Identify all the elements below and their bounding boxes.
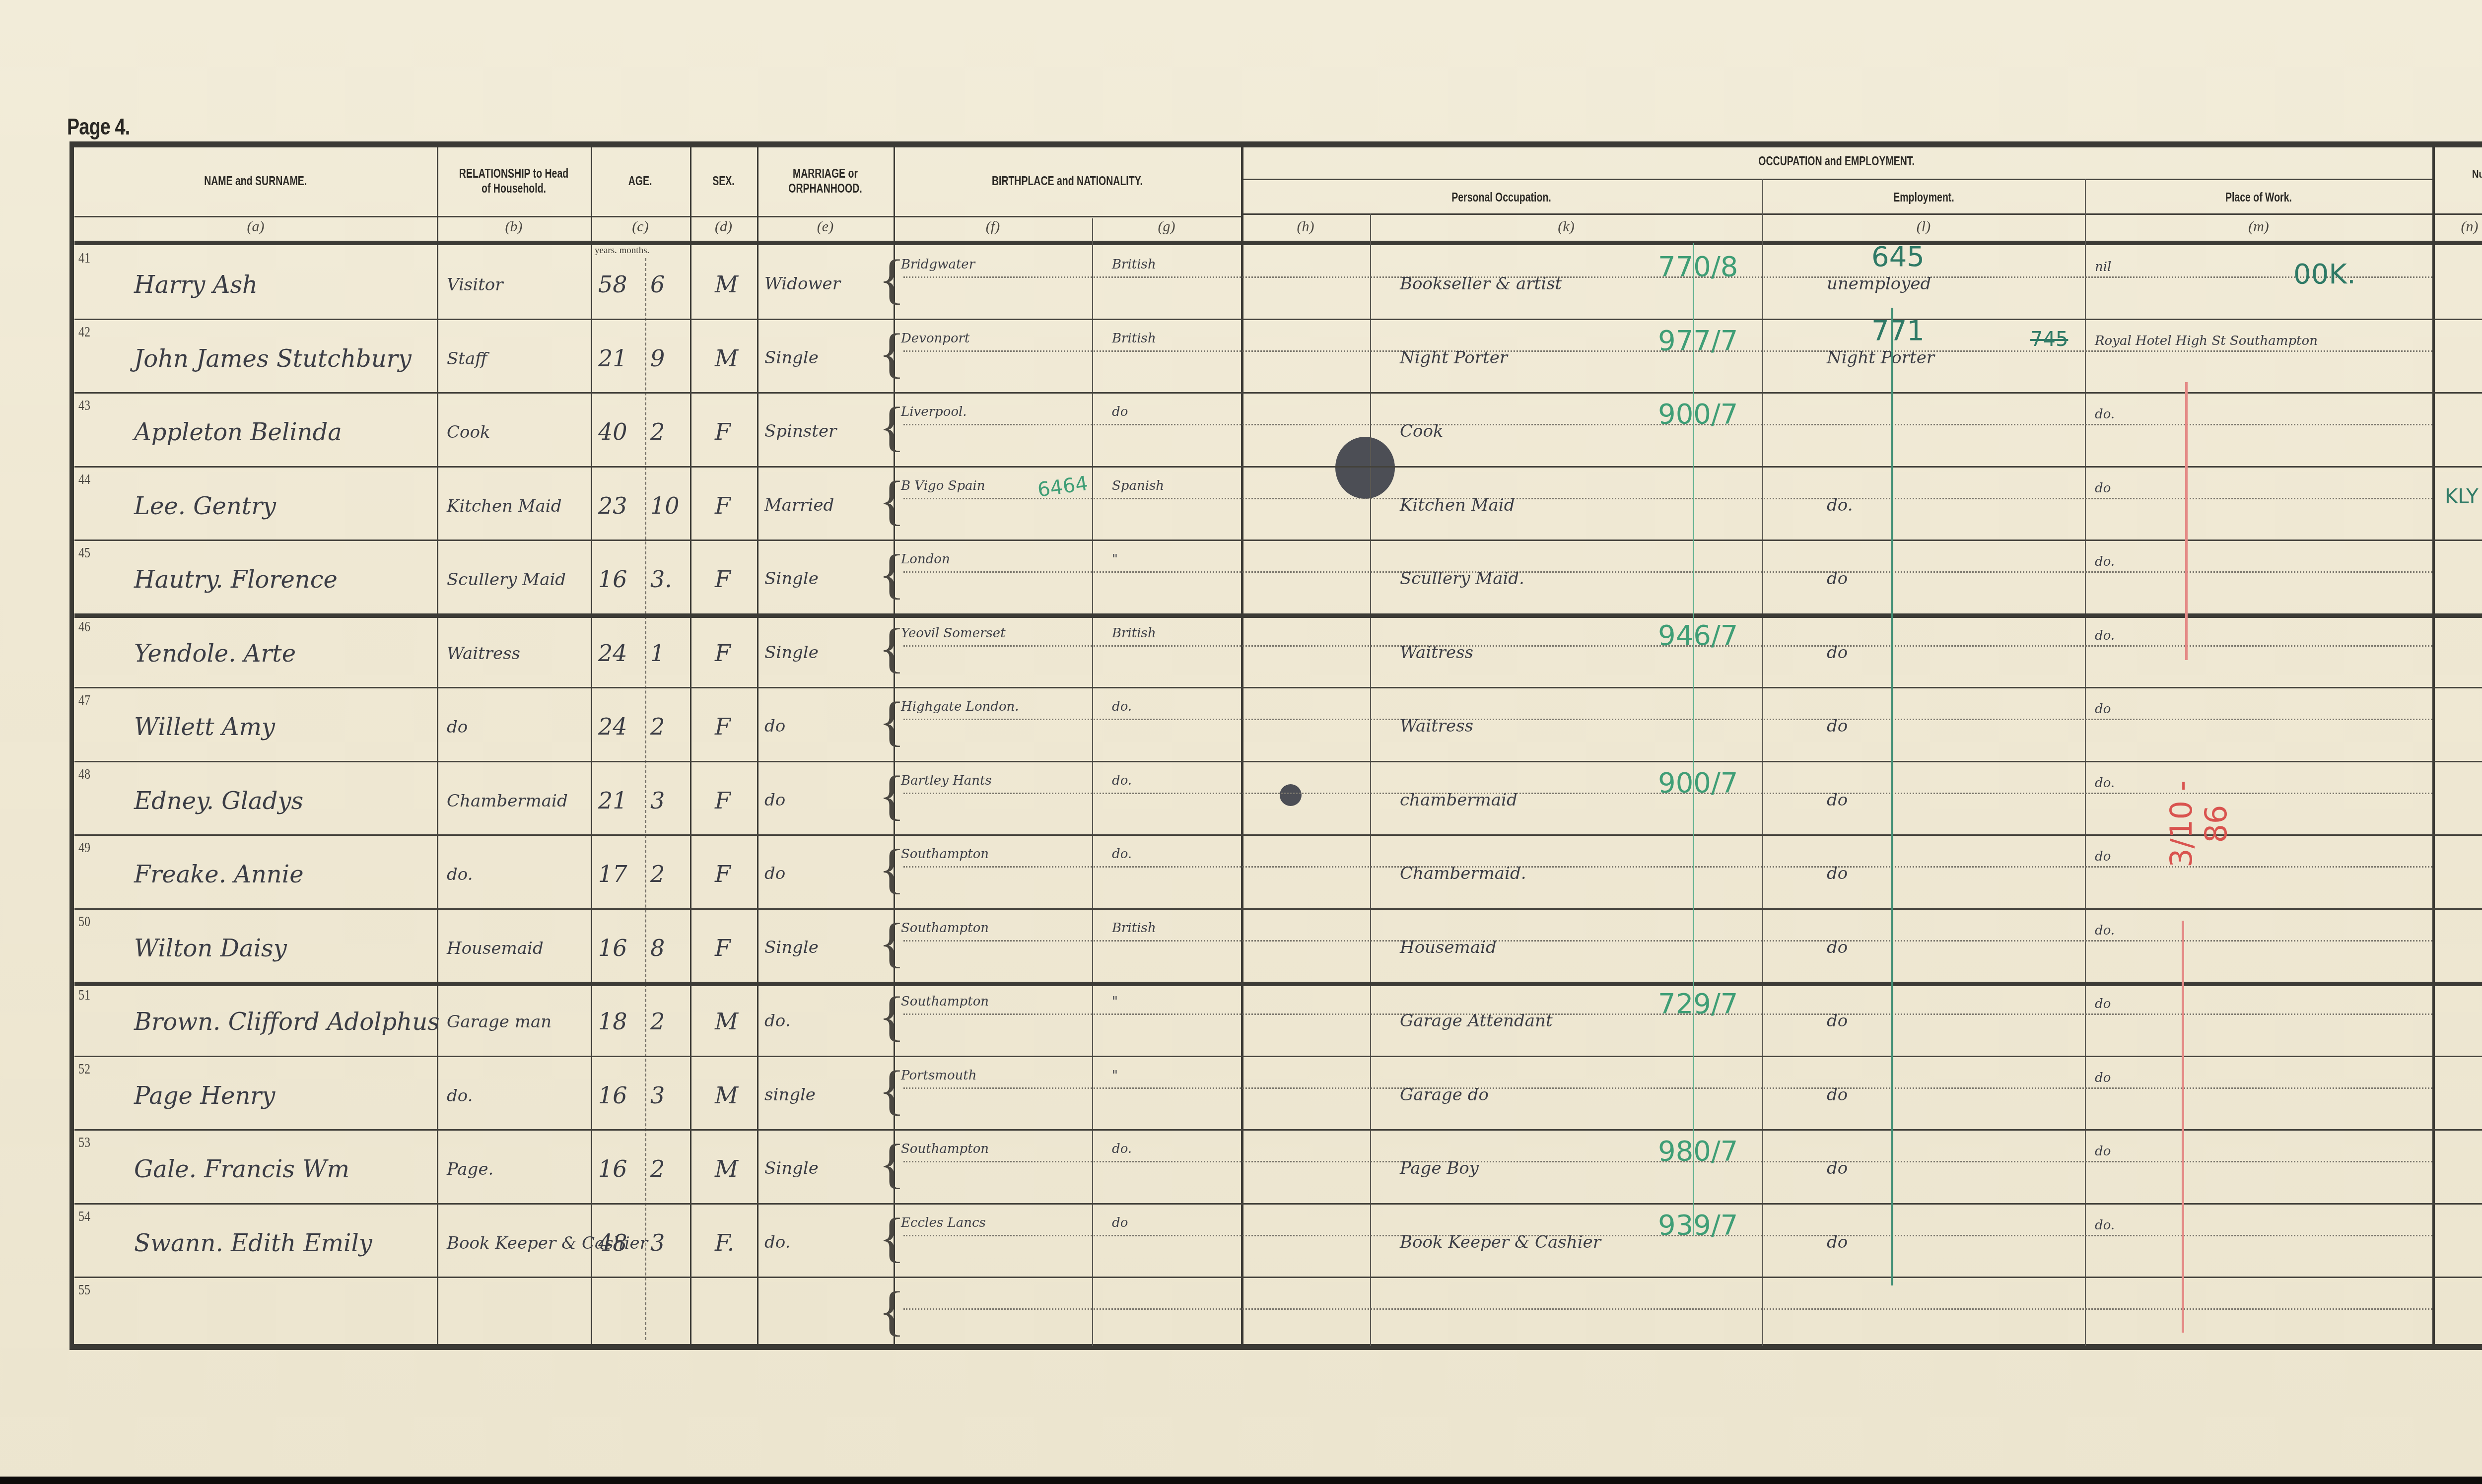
cell-place-of-work: do: [2095, 1072, 2422, 1084]
cell-place-of-work: nil: [2095, 261, 2422, 273]
cell-occupation: Night Porter: [1400, 349, 1508, 366]
green-code-occupation: 900/7: [1658, 401, 1738, 428]
green-code-occupation: 980/7: [1658, 1138, 1738, 1165]
marriage-brace: {: [879, 768, 905, 822]
col-letter-e: (e): [757, 218, 894, 235]
cell-name: Freake. Annie: [134, 863, 304, 886]
cell-nationality: do: [1112, 405, 1128, 418]
header-subrule-occ: [1241, 179, 2432, 180]
green-code-occupation: 977/7: [1658, 327, 1738, 355]
cell-birthplace: Yeovil Somerset: [901, 627, 1090, 640]
cell-age-months: 10: [650, 494, 680, 517]
cell-age-months: 9: [650, 347, 665, 370]
cell-employment: Night Porter: [1827, 349, 1934, 366]
cell-age-years: 21: [598, 789, 627, 812]
cell-sex: M: [715, 347, 738, 370]
cell-sex: F: [715, 937, 731, 959]
row-number: 53: [78, 1134, 90, 1151]
cell-employment: do: [1827, 792, 1848, 809]
row-rule: [74, 319, 2482, 320]
marriage-brace: {: [879, 1063, 905, 1117]
cell-age-months: 3: [650, 1231, 665, 1254]
red-pencil-line-lower: [2182, 921, 2184, 1333]
col-rule-birthplace: [1092, 218, 1093, 1346]
cell-marriage: do: [764, 865, 785, 882]
cell-nationality: British: [1112, 258, 1156, 271]
header-relationship: RELATIONSHIP to Head of Household.: [437, 149, 591, 213]
row-number: 45: [78, 544, 90, 561]
header-birthplace: BIRTHPLACE and NATIONALITY.: [894, 149, 1241, 213]
cell-occupation: Waitress: [1400, 718, 1473, 735]
cell-place-of-work: do.: [2095, 408, 2422, 421]
cell-name: Wilton Daisy: [134, 937, 287, 960]
cell-occupation: Page Boy: [1400, 1160, 1479, 1177]
row-number: 49: [78, 839, 90, 856]
cell-nationality: do.: [1112, 774, 1132, 787]
cell-age-months: 2: [650, 715, 665, 738]
cell-name: Swann. Edith Emily: [134, 1231, 372, 1255]
cell-occupation: Scullery Maid.: [1400, 570, 1524, 587]
cell-nationality: Spanish: [1112, 479, 1164, 492]
cell-birthplace: Liverpool.: [901, 405, 1090, 418]
cell-occupation: Bookseller & artist: [1400, 275, 1562, 292]
cell-occupation: Garage Attendant: [1400, 1012, 1553, 1029]
row-number: 50: [78, 913, 90, 930]
row-midrule: [903, 1087, 2432, 1089]
green-code-employment: 771: [1871, 317, 1925, 345]
cell-place-of-work: do: [2095, 703, 2422, 716]
col-letter-a: (a): [74, 218, 437, 235]
cell-place-of-work: do.: [2095, 924, 2422, 937]
cell-age-years: 18: [598, 1010, 627, 1033]
header-subrule-children: [2435, 213, 2482, 215]
cell-nationality: ": [1112, 1069, 1118, 1082]
col-letter-d: (d): [690, 218, 757, 235]
cell-age-months: 1: [650, 642, 665, 665]
cell-age-years: 23: [598, 494, 627, 517]
cell-name: Hautry. Florence: [134, 568, 338, 592]
cell-marriage: Spinster: [764, 423, 836, 440]
cell-birthplace: Bartley Hants: [901, 774, 1090, 787]
cell-age-years: 16: [598, 1084, 627, 1107]
row-rule: [74, 834, 2482, 836]
cell-nationality: British: [1112, 332, 1156, 345]
cell-occupation: Chambermaid.: [1400, 865, 1526, 882]
header-subrule-occ2: [1241, 213, 2432, 215]
red-pencil-annotation: 3/10 - 86: [2164, 759, 2234, 888]
cell-employment: do: [1827, 644, 1848, 661]
row-number: 43: [78, 397, 90, 414]
col-letter-h: (h): [1241, 218, 1370, 235]
cell-employment: do.: [1827, 497, 1853, 514]
cell-marriage: do: [764, 792, 785, 809]
row-rule: [74, 982, 2482, 986]
col-letter-n: (n): [2435, 218, 2482, 235]
row-midrule: [903, 940, 2432, 942]
marriage-brace: {: [879, 989, 905, 1043]
cell-place-of-work: do: [2095, 482, 2422, 495]
cell-name: Brown. Clifford Adolphus: [134, 1010, 440, 1034]
cell-sex: F: [715, 715, 731, 738]
cell-age-months: 2: [650, 1157, 665, 1180]
cell-name: Lee. Gentry: [134, 494, 276, 518]
col-rule-employment: [2085, 179, 2086, 1346]
cell-employment: do: [1827, 939, 1848, 956]
cell-name: Gale. Francis Wm: [134, 1157, 349, 1181]
row-rule: [74, 466, 2482, 468]
cell-marriage: do.: [764, 1012, 790, 1029]
header-marriage: MARRIAGE or ORPHANHOOD.: [757, 149, 894, 213]
cell-relationship: Page.: [447, 1161, 493, 1178]
col-letter-g: (g): [1092, 218, 1241, 235]
cell-relationship: Kitchen Maid: [447, 498, 561, 515]
cell-relationship: Visitor: [447, 276, 503, 293]
page-number-label: Page 4.: [67, 113, 130, 140]
marriage-brace: {: [879, 915, 905, 970]
cell-birthplace: Southampton: [901, 922, 1090, 935]
cell-employment: unemployed: [1827, 275, 1931, 292]
cell-sex: F: [715, 420, 731, 443]
row-midrule: [903, 1308, 2432, 1310]
row-number: 54: [78, 1208, 90, 1225]
col-rule-nationality: [1241, 147, 1243, 1346]
cell-age-months: 6: [650, 273, 665, 296]
cell-relationship: Waitress: [447, 645, 520, 662]
green-pencil-line-employment: [1891, 308, 1893, 1285]
cell-occupation: chambermaid: [1400, 792, 1517, 809]
cell-place-of-work: do.: [2095, 777, 2422, 790]
cell-relationship: Scullery Maid: [447, 571, 566, 588]
header-employment: Employment.: [1762, 181, 2085, 213]
cell-relationship: do.: [447, 1087, 473, 1104]
cell-employment: do: [1827, 1160, 1848, 1177]
cell-age-years: 17: [598, 863, 627, 885]
cell-sex: F.: [715, 1231, 734, 1254]
cell-occupation: Waitress: [1400, 644, 1473, 661]
col-letter-m: (m): [2085, 218, 2432, 235]
row-rule: [74, 613, 2482, 618]
row-rule: [74, 761, 2482, 762]
green-code-occupation: 770/8: [1658, 253, 1738, 281]
cell-nationality: do.: [1112, 1143, 1132, 1155]
cell-birthplace: Southampton: [901, 848, 1090, 861]
cell-place-of-work: Royal Hotel High St Southampton: [2095, 335, 2422, 347]
col-letter-k: (k): [1370, 218, 1762, 235]
cell-relationship: do: [447, 719, 468, 736]
green-code-occupation: 729/7: [1658, 990, 1738, 1018]
cell-nationality: British: [1112, 922, 1156, 935]
cell-sex: M: [715, 1010, 738, 1033]
cell-place-of-work: do.: [2095, 1219, 2422, 1232]
cell-age-years: 24: [598, 715, 627, 738]
row-number: 47: [78, 692, 90, 709]
marriage-brace: {: [879, 841, 905, 896]
cell-occupation: Cook: [1400, 423, 1444, 440]
marriage-brace: {: [879, 1283, 905, 1338]
cell-age-months: 3: [650, 789, 665, 812]
cell-name: Page Henry: [134, 1084, 275, 1108]
cell-employment: do: [1827, 1234, 1848, 1251]
col-rule-name: [437, 147, 438, 1346]
header-occupation-group: OCCUPATION and EMPLOYMENT.: [1241, 146, 2432, 176]
green-code-employment: 645: [1871, 243, 1925, 271]
cell-age-years: 48: [598, 1231, 627, 1254]
marriage-brace: {: [879, 546, 905, 601]
cell-age-years: 16: [598, 937, 627, 959]
row-rule: [74, 908, 2482, 910]
green-code-employment-alt: 745: [2030, 330, 2068, 349]
header-bottom-rule: [74, 241, 2482, 245]
cell-nationality: do.: [1112, 848, 1132, 861]
census-table: [69, 141, 2482, 1350]
header-name: NAME and SURNAME.: [74, 149, 437, 213]
col-letter-f: (f): [894, 218, 1092, 235]
row-number: 48: [78, 766, 90, 783]
cell-age-months: 2: [650, 1010, 665, 1033]
marriage-brace: {: [879, 473, 905, 528]
cell-sex: F: [715, 568, 731, 591]
cell-nationality: do: [1112, 1216, 1128, 1229]
cell-name: Appleton Belinda: [134, 420, 342, 444]
marriage-brace: {: [879, 399, 905, 454]
cell-relationship: Chambermaid: [447, 793, 568, 809]
green-code-place: 00K.: [2293, 261, 2356, 288]
header-age: AGE.: [591, 149, 690, 213]
cell-relationship: Garage man: [447, 1013, 552, 1030]
cell-age-years: 16: [598, 1157, 627, 1180]
marriage-brace: {: [879, 252, 905, 306]
green-code-occupation: 900/7: [1658, 769, 1738, 797]
green-pencil-line-occupation: [1693, 243, 1694, 1236]
cell-sex: F: [715, 642, 731, 665]
cell-birthplace: Highgate London.: [901, 700, 1090, 713]
cell-age-years: 40: [598, 420, 627, 443]
row-rule: [74, 540, 2482, 541]
cell-sex: M: [715, 273, 738, 296]
row-rule: [74, 392, 2482, 394]
cell-occupation: Garage do: [1400, 1086, 1489, 1103]
cell-age-months: 8: [650, 937, 665, 959]
col-rule-age: [690, 147, 691, 1346]
col-rule-place: [2432, 147, 2435, 1346]
header-children: Number and ages of all living children a…: [2435, 149, 2482, 213]
cell-name: Edney. Gladys: [134, 789, 303, 813]
cell-birthplace: Eccles Lancs: [901, 1216, 1090, 1229]
cell-employment: do: [1827, 718, 1848, 735]
cell-age-months: 3.: [650, 568, 672, 591]
row-number: 44: [78, 471, 90, 488]
cell-age-years: 16: [598, 568, 627, 591]
header-sex: SEX.: [690, 149, 757, 213]
cell-sex: F: [715, 494, 731, 517]
marriage-brace: {: [879, 1210, 905, 1265]
cell-occupation: Housemaid: [1400, 939, 1497, 956]
row-number: 46: [78, 618, 90, 635]
age-subheader: years. months.: [595, 245, 649, 256]
cell-name: Yendole. Arte: [134, 642, 296, 666]
cell-age-months: 2: [650, 420, 665, 443]
row-midrule: [903, 571, 2432, 573]
marriage-brace: {: [879, 694, 905, 748]
row-rule: [74, 1203, 2482, 1205]
cell-age-months: 2: [650, 863, 665, 885]
cell-nationality: do.: [1112, 700, 1132, 713]
cell-age-months: 3: [650, 1084, 665, 1107]
cell-employment: do: [1827, 1086, 1848, 1103]
cell-birthplace: London: [901, 553, 1090, 566]
cell-birthplace: Southampton: [901, 1143, 1090, 1155]
cell-name: Harry Ash: [134, 273, 258, 297]
cell-birthplace: Portsmouth: [901, 1069, 1090, 1082]
marriage-brace: {: [879, 1136, 905, 1191]
census-page: Page 4. NAME and SURNAME. RELATIONSHIP t…: [0, 0, 2482, 1477]
cell-birthplace: Devonport: [901, 332, 1090, 345]
cell-marriage: Single: [764, 349, 819, 366]
col-rule-sex: [757, 147, 758, 1346]
row-rule: [74, 1056, 2482, 1057]
cell-place-of-work: do: [2095, 850, 2422, 863]
col-rule-age-split: [645, 258, 646, 1340]
cell-relationship: do.: [447, 866, 473, 883]
row-number: 42: [78, 324, 90, 340]
cell-relationship: Cook: [447, 424, 490, 441]
cell-name: John James Stutchbury: [134, 347, 412, 371]
row-midrule: [903, 719, 2432, 720]
cell-place-of-work: do: [2095, 998, 2422, 1011]
cell-sex: M: [715, 1157, 738, 1180]
cell-age-years: 21: [598, 347, 627, 370]
cell-employment: do: [1827, 865, 1848, 882]
col-rule-h: [1370, 213, 1371, 1346]
cell-name: Willett Amy: [134, 715, 275, 739]
cell-marriage: single: [764, 1086, 816, 1103]
cell-marriage: Single: [764, 1160, 819, 1177]
cell-employment: do: [1827, 570, 1848, 587]
cell-relationship: Staff: [447, 350, 487, 367]
row-rule: [74, 1129, 2482, 1131]
cell-place-of-work: do: [2095, 1145, 2422, 1158]
cell-marriage: do: [764, 718, 785, 735]
cell-marriage: do.: [764, 1234, 790, 1251]
row-number: 51: [78, 987, 90, 1004]
cell-marriage: Single: [764, 644, 819, 661]
row-number: 41: [78, 250, 90, 267]
cell-occupation: Book Keeper & Cashier: [1400, 1234, 1601, 1251]
green-code-children: KLY: [2445, 487, 2479, 507]
header-subrule-left: [74, 216, 1241, 217]
green-code-occupation: 946/7: [1658, 622, 1738, 650]
red-pencil-line-upper: [2185, 382, 2188, 660]
marriage-brace: {: [879, 620, 905, 675]
cell-sex: F: [715, 789, 731, 812]
cell-sex: M: [715, 1084, 738, 1107]
cell-occupation: Kitchen Maid: [1400, 497, 1515, 514]
cell-sex: F: [715, 863, 731, 885]
marriage-brace: {: [879, 326, 905, 380]
cell-nationality: British: [1112, 627, 1156, 640]
row-midrule: [903, 498, 2432, 499]
cell-birthplace: Southampton: [901, 995, 1090, 1008]
cell-marriage: Widower: [764, 275, 840, 292]
header-personal-occupation: Personal Occupation.: [1241, 181, 1762, 213]
col-letter-l: (l): [1762, 218, 2085, 235]
row-rule: [74, 1277, 2482, 1278]
header-place-of-work: Place of Work.: [2085, 181, 2432, 213]
col-rule-rel: [591, 147, 592, 1346]
cell-employment: do: [1827, 1012, 1848, 1029]
cell-age-years: 24: [598, 642, 627, 665]
col-letter-c: (c): [591, 218, 690, 235]
col-letter-b: (b): [437, 218, 591, 235]
cell-marriage: Single: [764, 570, 819, 587]
row-rule: [74, 687, 2482, 688]
cell-place-of-work: do.: [2095, 629, 2422, 642]
row-number: 52: [78, 1061, 90, 1078]
col-rule-occupation: [1762, 179, 1763, 1346]
cell-marriage: Married: [764, 497, 834, 514]
cell-nationality: ": [1112, 553, 1118, 566]
cell-place-of-work: do.: [2095, 555, 2422, 568]
cell-marriage: Single: [764, 939, 819, 956]
cell-age-years: 58: [598, 273, 627, 296]
cell-nationality: ": [1112, 995, 1118, 1008]
cell-relationship: Housemaid: [447, 940, 544, 957]
green-code-occupation: 939/7: [1658, 1212, 1738, 1239]
cell-birthplace: Bridgwater: [901, 258, 1090, 271]
row-number: 55: [78, 1282, 90, 1298]
